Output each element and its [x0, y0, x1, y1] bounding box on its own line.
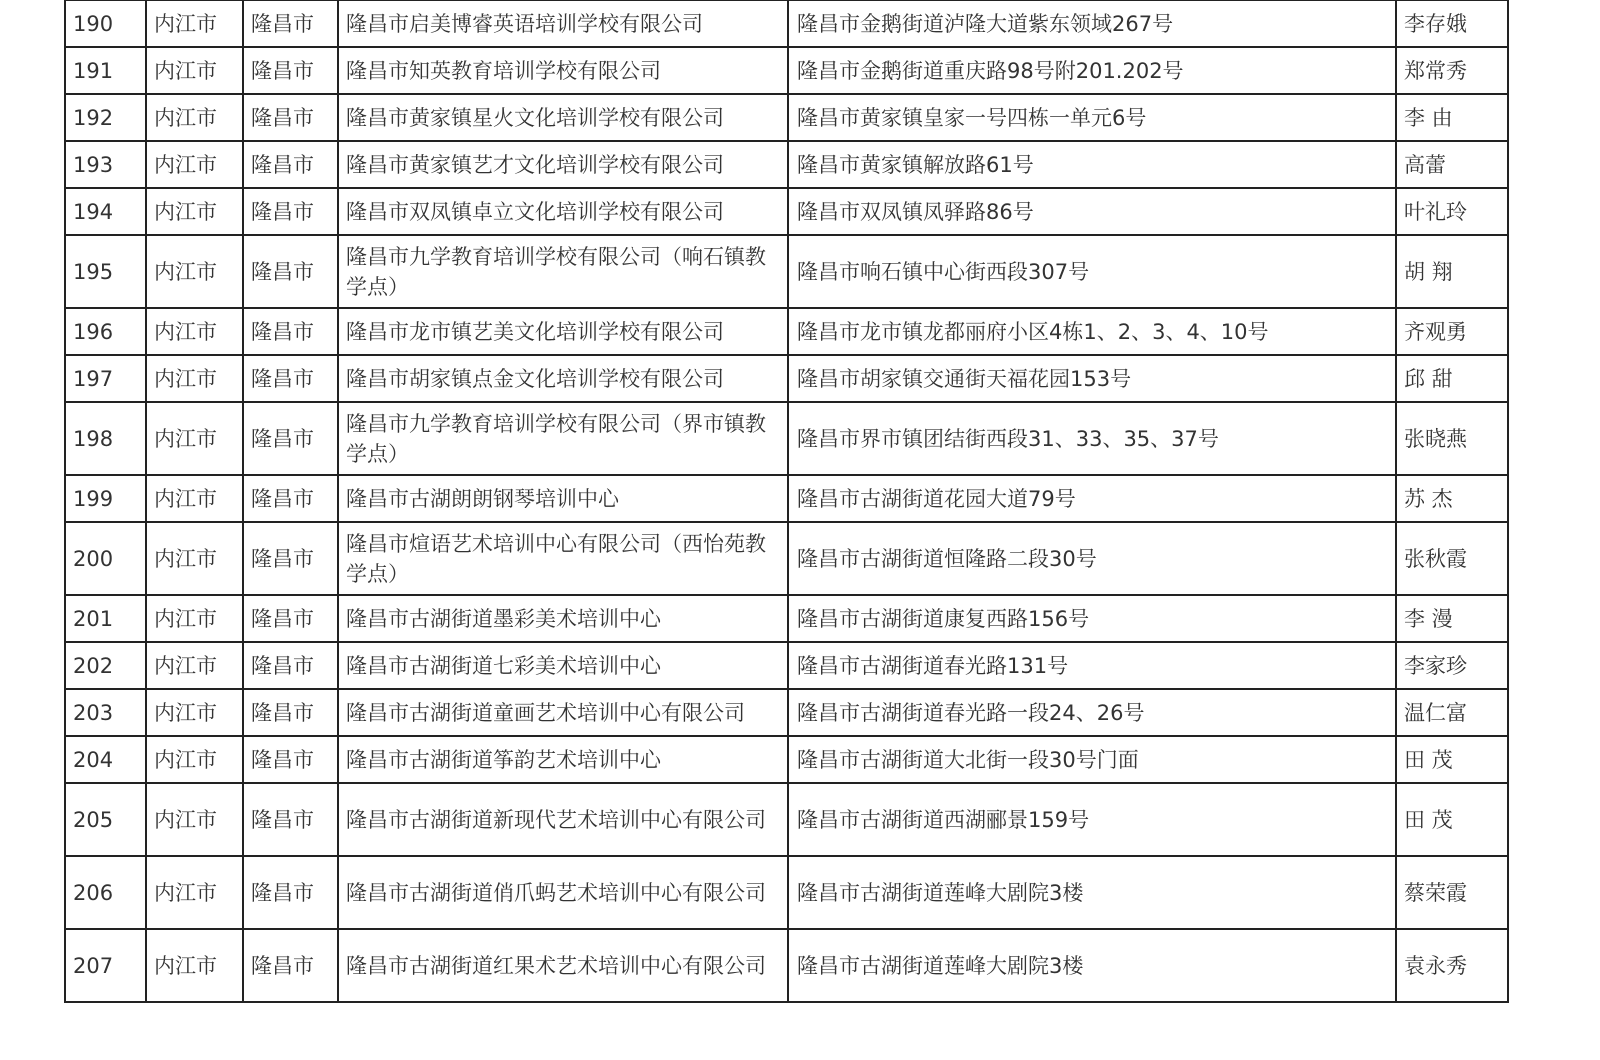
cell-person-in-charge: 李家珍: [1396, 642, 1508, 689]
table-row: 199 内江市 隆昌市 隆昌市古湖朗朗钢琴培训中心 隆昌市古湖街道花园大道79号…: [65, 475, 1508, 522]
cell-number: 204: [65, 736, 146, 783]
cell-county: 隆昌市: [243, 188, 338, 235]
cell-city: 内江市: [146, 929, 243, 1002]
cell-person-in-charge: 高蕾: [1396, 141, 1508, 188]
cell-school-name: 隆昌市胡家镇点金文化培训学校有限公司: [338, 355, 788, 402]
cell-school-name: 隆昌市古湖街道新现代艺术培训中心有限公司: [338, 783, 788, 856]
cell-number: 197: [65, 355, 146, 402]
cell-number: 195: [65, 235, 146, 308]
table-row: 190 内江市 隆昌市 隆昌市启美博睿英语培训学校有限公司 隆昌市金鹅街道泸隆大…: [65, 0, 1508, 47]
cell-address: 隆昌市古湖街道康复西路156号: [788, 595, 1396, 642]
cell-school-name: 隆昌市古湖街道墨彩美术培训中心: [338, 595, 788, 642]
cell-address: 隆昌市响石镇中心街西段307号: [788, 235, 1396, 308]
table-row: 194 内江市 隆昌市 隆昌市双凤镇卓立文化培训学校有限公司 隆昌市双凤镇凤驿路…: [65, 188, 1508, 235]
cell-city: 内江市: [146, 402, 243, 475]
cell-city: 内江市: [146, 188, 243, 235]
cell-person-in-charge: 苏 杰: [1396, 475, 1508, 522]
table-row: 196 内江市 隆昌市 隆昌市龙市镇艺美文化培训学校有限公司 隆昌市龙市镇龙都丽…: [65, 308, 1508, 355]
cell-county: 隆昌市: [243, 355, 338, 402]
cell-address: 隆昌市古湖街道西湖郦景159号: [788, 783, 1396, 856]
cell-school-name: 隆昌市古湖街道筝韵艺术培训中心: [338, 736, 788, 783]
table-body: 190 内江市 隆昌市 隆昌市启美博睿英语培训学校有限公司 隆昌市金鹅街道泸隆大…: [65, 0, 1508, 1002]
cell-city: 内江市: [146, 308, 243, 355]
cell-person-in-charge: 张晓燕: [1396, 402, 1508, 475]
cell-school-name: 隆昌市九学教育培训学校有限公司（响石镇教学点）: [338, 235, 788, 308]
cell-school-name: 隆昌市黄家镇艺才文化培训学校有限公司: [338, 141, 788, 188]
cell-county: 隆昌市: [243, 235, 338, 308]
cell-number: 193: [65, 141, 146, 188]
table-row: 203 内江市 隆昌市 隆昌市古湖街道童画艺术培训中心有限公司 隆昌市古湖街道春…: [65, 689, 1508, 736]
cell-county: 隆昌市: [243, 595, 338, 642]
table-row: 206 内江市 隆昌市 隆昌市古湖街道俏爪蚂艺术培训中心有限公司 隆昌市古湖街道…: [65, 856, 1508, 929]
cell-number: 206: [65, 856, 146, 929]
cell-person-in-charge: 齐观勇: [1396, 308, 1508, 355]
cell-city: 内江市: [146, 47, 243, 94]
cell-address: 隆昌市古湖街道春光路一段24、26号: [788, 689, 1396, 736]
cell-school-name: 隆昌市黄家镇星火文化培训学校有限公司: [338, 94, 788, 141]
cell-county: 隆昌市: [243, 402, 338, 475]
cell-city: 内江市: [146, 736, 243, 783]
cell-number: 203: [65, 689, 146, 736]
cell-person-in-charge: 胡 翔: [1396, 235, 1508, 308]
cell-county: 隆昌市: [243, 736, 338, 783]
school-table: 190 内江市 隆昌市 隆昌市启美博睿英语培训学校有限公司 隆昌市金鹅街道泸隆大…: [64, 0, 1509, 1003]
cell-address: 隆昌市古湖街道春光路131号: [788, 642, 1396, 689]
table-row: 207 内江市 隆昌市 隆昌市古湖街道红果术艺术培训中心有限公司 隆昌市古湖街道…: [65, 929, 1508, 1002]
cell-city: 内江市: [146, 689, 243, 736]
cell-county: 隆昌市: [243, 47, 338, 94]
cell-person-in-charge: 张秋霞: [1396, 522, 1508, 595]
cell-address: 隆昌市龙市镇龙都丽府小区4栋1、2、3、4、10号: [788, 308, 1396, 355]
table-row: 204 内江市 隆昌市 隆昌市古湖街道筝韵艺术培训中心 隆昌市古湖街道大北街一段…: [65, 736, 1508, 783]
cell-number: 202: [65, 642, 146, 689]
cell-address: 隆昌市胡家镇交通街天福花园153号: [788, 355, 1396, 402]
cell-person-in-charge: 李 漫: [1396, 595, 1508, 642]
cell-number: 190: [65, 0, 146, 47]
cell-school-name: 隆昌市启美博睿英语培训学校有限公司: [338, 0, 788, 47]
cell-county: 隆昌市: [243, 94, 338, 141]
cell-person-in-charge: 田 茂: [1396, 783, 1508, 856]
cell-county: 隆昌市: [243, 0, 338, 47]
cell-city: 内江市: [146, 783, 243, 856]
cell-school-name: 隆昌市煊语艺术培训中心有限公司（西怡苑教学点）: [338, 522, 788, 595]
cell-person-in-charge: 袁永秀: [1396, 929, 1508, 1002]
table-row: 198 内江市 隆昌市 隆昌市九学教育培训学校有限公司（界市镇教学点） 隆昌市界…: [65, 402, 1508, 475]
cell-county: 隆昌市: [243, 522, 338, 595]
table-row: 197 内江市 隆昌市 隆昌市胡家镇点金文化培训学校有限公司 隆昌市胡家镇交通街…: [65, 355, 1508, 402]
cell-person-in-charge: 邱 甜: [1396, 355, 1508, 402]
cell-number: 199: [65, 475, 146, 522]
cell-city: 内江市: [146, 475, 243, 522]
cell-number: 205: [65, 783, 146, 856]
table-row: 193 内江市 隆昌市 隆昌市黄家镇艺才文化培训学校有限公司 隆昌市黄家镇解放路…: [65, 141, 1508, 188]
cell-county: 隆昌市: [243, 141, 338, 188]
table-row: 200 内江市 隆昌市 隆昌市煊语艺术培训中心有限公司（西怡苑教学点） 隆昌市古…: [65, 522, 1508, 595]
cell-address: 隆昌市古湖街道花园大道79号: [788, 475, 1396, 522]
table-row: 195 内江市 隆昌市 隆昌市九学教育培训学校有限公司（响石镇教学点） 隆昌市响…: [65, 235, 1508, 308]
cell-address: 隆昌市古湖街道莲峰大剧院3楼: [788, 929, 1396, 1002]
cell-county: 隆昌市: [243, 856, 338, 929]
cell-number: 198: [65, 402, 146, 475]
cell-number: 200: [65, 522, 146, 595]
cell-city: 内江市: [146, 642, 243, 689]
cell-number: 207: [65, 929, 146, 1002]
cell-number: 191: [65, 47, 146, 94]
cell-city: 内江市: [146, 522, 243, 595]
cell-city: 内江市: [146, 235, 243, 308]
cell-city: 内江市: [146, 595, 243, 642]
cell-person-in-charge: 田 茂: [1396, 736, 1508, 783]
cell-school-name: 隆昌市双凤镇卓立文化培训学校有限公司: [338, 188, 788, 235]
cell-school-name: 隆昌市知英教育培训学校有限公司: [338, 47, 788, 94]
cell-person-in-charge: 叶礼玲: [1396, 188, 1508, 235]
cell-person-in-charge: 蔡荣霞: [1396, 856, 1508, 929]
cell-county: 隆昌市: [243, 475, 338, 522]
cell-person-in-charge: 温仁富: [1396, 689, 1508, 736]
cell-number: 192: [65, 94, 146, 141]
table-row: 202 内江市 隆昌市 隆昌市古湖街道七彩美术培训中心 隆昌市古湖街道春光路13…: [65, 642, 1508, 689]
cell-school-name: 隆昌市古湖街道俏爪蚂艺术培训中心有限公司: [338, 856, 788, 929]
cell-city: 内江市: [146, 856, 243, 929]
cell-address: 隆昌市黄家镇皇家一号四栋一单元6号: [788, 94, 1396, 141]
cell-county: 隆昌市: [243, 689, 338, 736]
cell-address: 隆昌市双凤镇凤驿路86号: [788, 188, 1396, 235]
cell-number: 201: [65, 595, 146, 642]
cell-city: 内江市: [146, 141, 243, 188]
cell-address: 隆昌市金鹅街道泸隆大道紫东领域267号: [788, 0, 1396, 47]
cell-county: 隆昌市: [243, 929, 338, 1002]
training-school-list: 190 内江市 隆昌市 隆昌市启美博睿英语培训学校有限公司 隆昌市金鹅街道泸隆大…: [64, 0, 1507, 1003]
cell-city: 内江市: [146, 94, 243, 141]
cell-school-name: 隆昌市古湖街道红果术艺术培训中心有限公司: [338, 929, 788, 1002]
cell-address: 隆昌市金鹅街道重庆路98号附201.202号: [788, 47, 1396, 94]
table-row: 191 内江市 隆昌市 隆昌市知英教育培训学校有限公司 隆昌市金鹅街道重庆路98…: [65, 47, 1508, 94]
cell-address: 隆昌市古湖街道大北街一段30号门面: [788, 736, 1396, 783]
cell-county: 隆昌市: [243, 642, 338, 689]
cell-address: 隆昌市古湖街道莲峰大剧院3楼: [788, 856, 1396, 929]
cell-city: 内江市: [146, 0, 243, 47]
cell-school-name: 隆昌市九学教育培训学校有限公司（界市镇教学点）: [338, 402, 788, 475]
cell-city: 内江市: [146, 355, 243, 402]
cell-county: 隆昌市: [243, 308, 338, 355]
cell-address: 隆昌市黄家镇解放路61号: [788, 141, 1396, 188]
cell-person-in-charge: 郑常秀: [1396, 47, 1508, 94]
table-row: 205 内江市 隆昌市 隆昌市古湖街道新现代艺术培训中心有限公司 隆昌市古湖街道…: [65, 783, 1508, 856]
cell-number: 196: [65, 308, 146, 355]
cell-number: 194: [65, 188, 146, 235]
table-row: 192 内江市 隆昌市 隆昌市黄家镇星火文化培训学校有限公司 隆昌市黄家镇皇家一…: [65, 94, 1508, 141]
cell-address: 隆昌市界市镇团结街西段31、33、35、37号: [788, 402, 1396, 475]
cell-school-name: 隆昌市古湖朗朗钢琴培训中心: [338, 475, 788, 522]
cell-address: 隆昌市古湖街道恒隆路二段30号: [788, 522, 1396, 595]
table-row: 201 内江市 隆昌市 隆昌市古湖街道墨彩美术培训中心 隆昌市古湖街道康复西路1…: [65, 595, 1508, 642]
cell-school-name: 隆昌市龙市镇艺美文化培训学校有限公司: [338, 308, 788, 355]
cell-school-name: 隆昌市古湖街道童画艺术培训中心有限公司: [338, 689, 788, 736]
cell-person-in-charge: 李存娥: [1396, 0, 1508, 47]
cell-county: 隆昌市: [243, 783, 338, 856]
cell-school-name: 隆昌市古湖街道七彩美术培训中心: [338, 642, 788, 689]
cell-person-in-charge: 李 由: [1396, 94, 1508, 141]
